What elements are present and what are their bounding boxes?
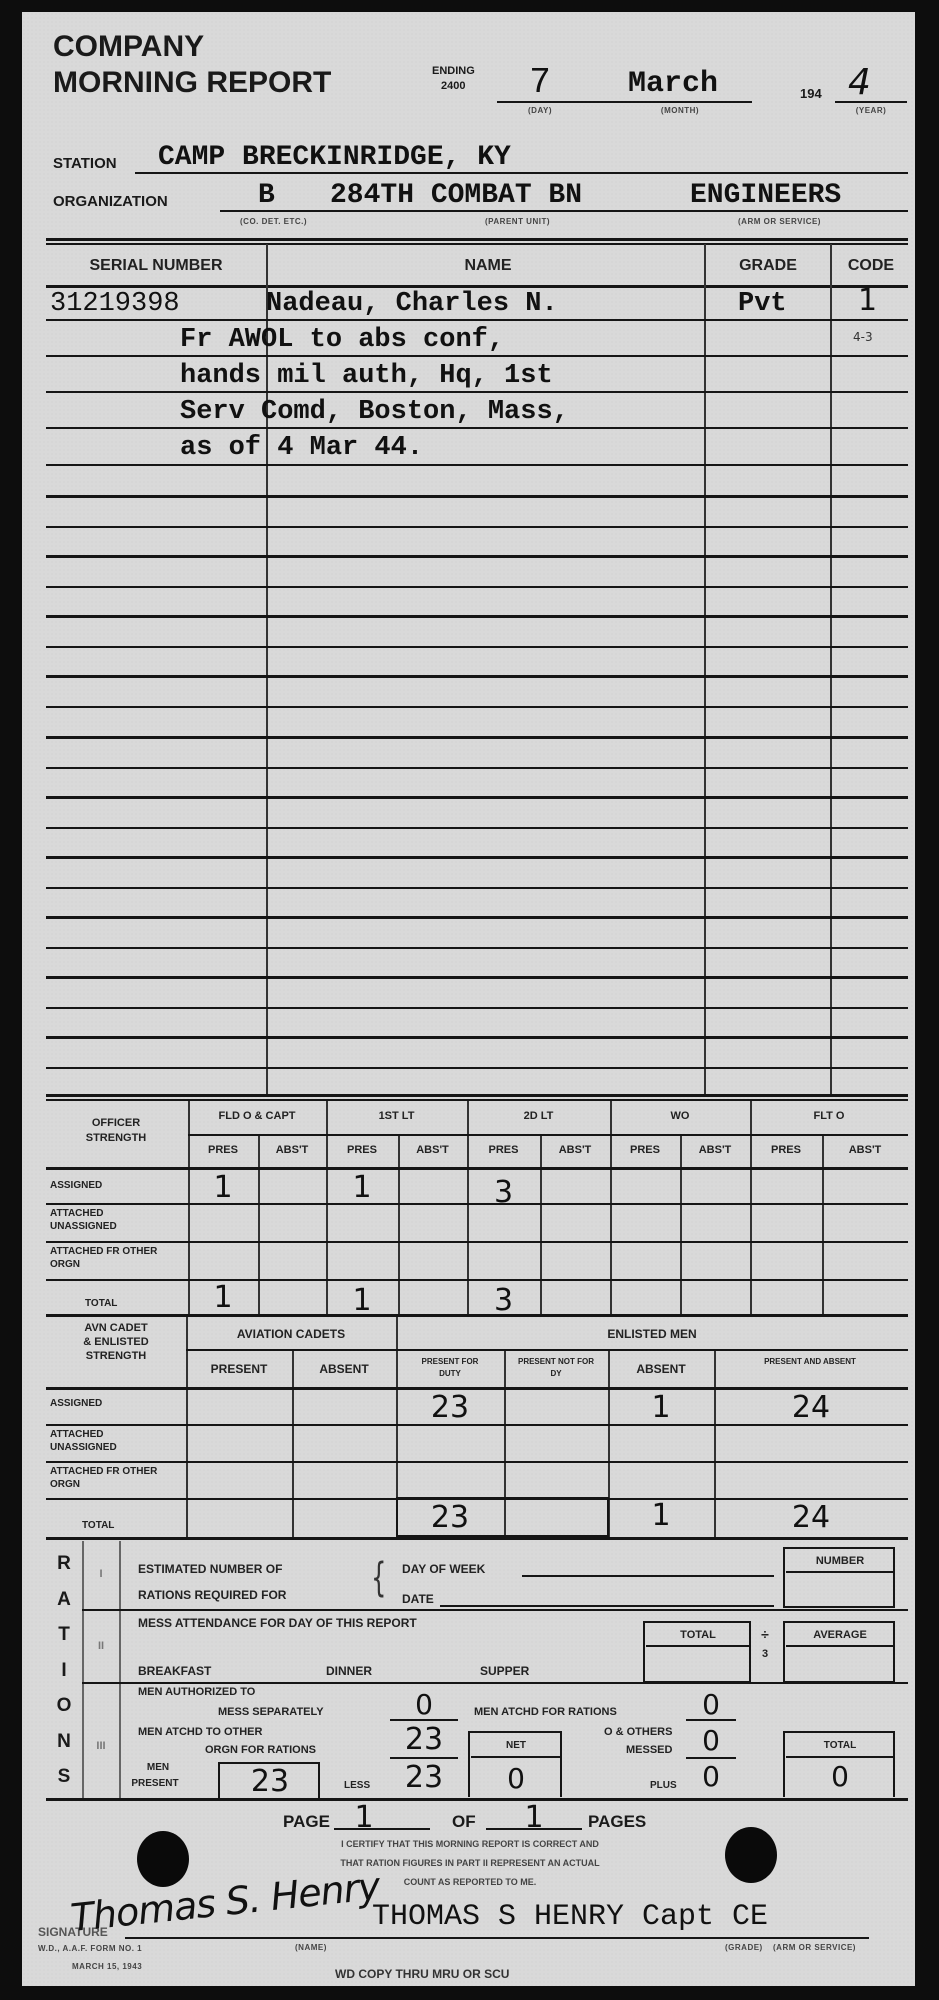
box-divider [786, 1756, 894, 1758]
row-line [46, 1241, 908, 1243]
signer-typed-name: THOMAS S HENRY Capt CE [372, 1900, 768, 1934]
row-line [46, 555, 908, 558]
header-serial-number: SERIAL NUMBER [46, 257, 266, 275]
row-line [46, 526, 908, 528]
org-caption-company: (CO. DET. ETC.) [240, 217, 307, 226]
part-iii-numeral: III [83, 1740, 119, 1752]
remark-line-4: as of 4 Mar 44. [180, 433, 423, 463]
row-line [46, 736, 908, 739]
col-divider [540, 1136, 542, 1316]
officer-strength-title-1: OFFICER [46, 1117, 186, 1129]
certify-line-1: I CERTIFY THAT THIS MORNING REPORT IS CO… [200, 1839, 740, 1849]
men-present-value: 23 [218, 1764, 322, 1799]
roster-bottom-border-inner [46, 1099, 908, 1101]
page-number: 1 [334, 1800, 394, 1835]
rations-bottom-border [46, 1798, 908, 1801]
header-code: CODE [834, 257, 908, 275]
col-divider-name [704, 244, 706, 1094]
row-line [46, 1279, 908, 1281]
header-cadet-absent: ABSENT [292, 1362, 396, 1376]
year-underline [835, 101, 907, 103]
total-2dlt-pres: 3 [467, 1283, 540, 1318]
sub-header-abst: ABS'T [680, 1144, 750, 1156]
form-number: W.D., A.A.F. FORM NO. 1 [38, 1944, 142, 1953]
sub-header-pres: PRES [467, 1144, 540, 1156]
col-divider [680, 1136, 682, 1316]
box-divider [786, 1645, 894, 1647]
row-line [46, 586, 908, 588]
org-arm: ENGINEERS [690, 180, 841, 211]
year-caption: (YEAR) [835, 106, 907, 115]
code-note: 4-3 [853, 330, 873, 344]
less-value: 23 [390, 1760, 458, 1795]
remark-line-2: hands mil auth, Hq, 1st [180, 361, 553, 391]
row-label-total: TOTAL [82, 1520, 114, 1531]
row-label-assigned: ASSIGNED [50, 1398, 102, 1409]
page-label: PAGE [283, 1812, 330, 1832]
year-value: 4 [848, 62, 871, 103]
side-letter: S [46, 1759, 82, 1795]
o-others-label-2: MESSED [626, 1744, 672, 1756]
soldier-name: Nadeau, Charles N. [266, 289, 558, 319]
row-line [46, 319, 908, 321]
org-company: B [258, 180, 275, 211]
divisor-value: 3 [752, 1648, 778, 1660]
side-letter: I [46, 1653, 82, 1689]
auth-separately-label-2: MESS SEPARATELY [218, 1706, 324, 1718]
box-divider [646, 1645, 750, 1647]
row-label-attached-other: ATTACHED FR OTHER ORGN [50, 1465, 160, 1491]
of-label: OF [452, 1812, 476, 1832]
group-aviation-cadets: AVIATION CADETS [186, 1327, 396, 1341]
month-caption: (MONTH) [620, 106, 740, 115]
men-present-label-1: MEN [128, 1762, 188, 1773]
group-2d-lt: 2D LT [467, 1110, 610, 1122]
side-letter: R [46, 1546, 82, 1582]
form-title-line1: COMPANY [53, 30, 204, 64]
row-line [46, 1036, 908, 1039]
row-line [46, 1007, 908, 1009]
side-letter: O [46, 1688, 82, 1724]
row-line [46, 947, 908, 949]
form-date: MARCH 15, 1943 [72, 1962, 142, 1971]
roster-top-border-inner [46, 243, 908, 245]
less-label: LESS [344, 1780, 370, 1791]
estimated-rations-label-2: RATIONS REQUIRED FOR [138, 1588, 286, 1602]
ending-label: ENDING [432, 65, 475, 77]
o-others-value: 0 [686, 1724, 736, 1757]
organization-underline [220, 210, 908, 212]
atchd-for-rations-label: MEN ATCHD FOR RATIONS [474, 1706, 617, 1718]
sub-header-pres: PRES [750, 1144, 822, 1156]
col-divider [119, 1541, 121, 1799]
row-label-attached-unassigned: ATTACHED UNASSIGNED [50, 1207, 170, 1233]
row-line [46, 464, 908, 466]
grade-caption: (GRADE) [725, 1943, 763, 1952]
organization-label: ORGANIZATION [53, 193, 168, 210]
certify-line-2: THAT RATION FIGURES IN PART II REPRESENT… [200, 1858, 740, 1868]
col-divider [398, 1136, 400, 1316]
code-value: 1 [858, 283, 877, 318]
row-line [46, 355, 908, 357]
date-label: DATE [402, 1592, 434, 1606]
signature-underline [125, 1937, 869, 1939]
total-present-for-duty: 23 [396, 1500, 504, 1535]
dinner-label: DINNER [326, 1664, 372, 1678]
station-label: STATION [53, 155, 117, 172]
row-line [46, 976, 908, 979]
pages-label: PAGES [588, 1812, 646, 1832]
group-fld-o-capt: FLD O & CAPT [188, 1110, 326, 1122]
group-1st-lt: 1ST LT [326, 1110, 467, 1122]
row-line [46, 1067, 908, 1069]
header-cadet-present: PRESENT [186, 1362, 292, 1376]
field-underline [390, 1757, 458, 1759]
assigned-1stlt-pres: 1 [326, 1170, 398, 1205]
row-line [46, 1167, 908, 1170]
rations-total-value: 0 [786, 1760, 894, 1793]
enlisted-title-2: & ENLISTED [46, 1336, 186, 1348]
punch-hole-left [137, 1831, 189, 1887]
row-line [46, 646, 908, 648]
grade-value: Pvt [738, 289, 787, 319]
group-enlisted-men: ENLISTED MEN [396, 1327, 908, 1341]
sub-header-pres: PRES [610, 1144, 680, 1156]
sub-header-abst: ABS'T [258, 1144, 326, 1156]
o-others-label-1: O & OTHERS [604, 1726, 672, 1738]
row-line [46, 675, 908, 678]
header-present-for-duty: PRESENT FOR DUTY [410, 1356, 490, 1380]
group-wo: WO [610, 1110, 750, 1122]
day-caption: (DAY) [510, 106, 570, 115]
date-field[interactable] [440, 1605, 774, 1607]
header-grade: GRADE [708, 257, 828, 275]
org-caption-arm: (ARM OR SERVICE) [738, 217, 821, 226]
row-line [46, 1461, 908, 1463]
row-line [46, 856, 908, 859]
roster-bottom-border [46, 1094, 908, 1097]
plus-value: 0 [686, 1760, 736, 1793]
row-line [46, 495, 908, 498]
row-label-attached-other: ATTACHED FR OTHER ORGN [50, 1245, 170, 1271]
part-ii-numeral: II [83, 1640, 119, 1652]
sub-header-abst: ABS'T [822, 1144, 908, 1156]
box-divider [471, 1756, 561, 1758]
ending-time: 2400 [441, 80, 465, 92]
station-underline [135, 172, 908, 174]
plus-label: PLUS [650, 1780, 677, 1791]
atchd-for-rations-value: 0 [686, 1688, 736, 1721]
row-line [46, 916, 908, 919]
atchd-other-label-1: MEN ATCHD TO OTHER [138, 1726, 262, 1738]
group-flt-o: FLT O [750, 1110, 908, 1122]
total-present-and-absent: 24 [714, 1500, 908, 1535]
col-divider-grade [830, 244, 832, 1094]
enlisted-title-1: AVN CADET [46, 1322, 186, 1334]
mess-attendance-label: MESS ATTENDANCE FOR DAY OF THIS REPORT [138, 1616, 417, 1630]
box-divider [786, 1571, 894, 1573]
sub-header-abst: ABS'T [540, 1144, 610, 1156]
estimated-rations-label-1: ESTIMATED NUMBER OF [138, 1562, 282, 1576]
average-label: AVERAGE [786, 1629, 894, 1641]
atchd-other-label-2: ORGN FOR RATIONS [205, 1744, 316, 1756]
col-divider [822, 1136, 824, 1316]
routing-note: WD COPY THRU MRU OR SCU [335, 1967, 509, 1981]
divide-icon: ÷ [752, 1626, 778, 1642]
officer-strength-title-2: STRENGTH [46, 1132, 186, 1144]
rations-total-label: TOTAL [786, 1740, 894, 1751]
mess-total-label: TOTAL [646, 1629, 750, 1641]
header-present-and-absent: PRESENT AND ABSENT [760, 1356, 860, 1368]
number-label: NUMBER [786, 1555, 894, 1567]
day-of-week-field[interactable] [522, 1575, 774, 1577]
part-i-numeral: I [83, 1568, 119, 1580]
header-em-absent: ABSENT [608, 1362, 714, 1376]
enlisted-title-3: STRENGTH [46, 1350, 186, 1362]
org-parent-unit: 284TH COMBAT BN [330, 180, 582, 211]
side-letter: A [46, 1582, 82, 1618]
row-line [46, 706, 908, 708]
arm-caption: (ARM OR SERVICE) [773, 1943, 856, 1952]
row-line [46, 887, 908, 889]
net-value: 0 [471, 1762, 561, 1795]
brace-icon: { [371, 1556, 386, 1600]
auth-separately-value: 0 [390, 1688, 458, 1721]
name-caption: (NAME) [295, 1943, 327, 1952]
row-line [186, 1349, 908, 1351]
net-label: NET [471, 1740, 561, 1751]
row-line [46, 615, 908, 618]
total-pages: 1 [504, 1800, 564, 1835]
day-value: 7 [510, 62, 570, 103]
men-present-label-2: PRESENT [120, 1778, 190, 1789]
side-letter: N [46, 1724, 82, 1760]
roster-header-divider [46, 285, 908, 288]
roster-top-border [46, 238, 908, 241]
sub-header-abst: ABS'T [398, 1144, 467, 1156]
row-label-attached-unassigned: ATTACHED UNASSIGNED [50, 1428, 160, 1454]
assigned-present-and-absent: 24 [714, 1390, 908, 1425]
assigned-em-absent: 1 [608, 1390, 714, 1425]
assigned-present-for-duty: 23 [396, 1390, 504, 1425]
row-line [46, 796, 908, 799]
row-label-assigned: ASSIGNED [50, 1180, 102, 1191]
total-fldo-pres: 1 [188, 1280, 258, 1315]
total-em-absent: 1 [608, 1498, 714, 1533]
serial-number: 31219398 [50, 289, 180, 319]
breakfast-label: BREAKFAST [138, 1664, 211, 1678]
field-underline [686, 1757, 736, 1759]
day-of-week-label: DAY OF WEEK [402, 1562, 485, 1576]
total-1stlt-pres: 1 [326, 1283, 398, 1318]
header-present-not-for-duty: PRESENT NOT FOR DY [512, 1356, 600, 1380]
supper-label: SUPPER [480, 1664, 529, 1678]
part-divider [82, 1609, 908, 1611]
auth-separately-label-1: MEN AUTHORIZED TO [138, 1686, 255, 1698]
org-caption-parent: (PARENT UNIT) [485, 217, 550, 226]
month-value: March [628, 67, 718, 101]
atchd-other-value: 23 [390, 1722, 458, 1757]
assigned-2dlt-pres: 3 [467, 1175, 540, 1210]
assigned-fldo-pres: 1 [188, 1170, 258, 1205]
row-line [46, 767, 908, 769]
row-line [46, 391, 908, 393]
col-divider [292, 1350, 294, 1539]
remark-line-3: Serv Comd, Boston, Mass, [180, 397, 569, 427]
row-line [188, 1134, 908, 1136]
header-name: NAME [268, 257, 708, 275]
side-letter: T [46, 1617, 82, 1653]
remark-line-1: Fr AWOL to abs conf, [180, 325, 504, 355]
row-label-total: TOTAL [85, 1298, 117, 1309]
sub-header-pres: PRES [326, 1144, 398, 1156]
col-divider [258, 1136, 260, 1316]
sub-header-pres: PRES [188, 1144, 258, 1156]
rations-side-label: R A T I O N S [46, 1546, 82, 1795]
enlisted-bottom-border [46, 1537, 908, 1540]
row-line [46, 827, 908, 829]
year-prefix: 194 [800, 86, 822, 101]
row-line [46, 427, 908, 429]
station-value: CAMP BRECKINRIDGE, KY [158, 142, 511, 173]
form-title-line2: MORNING REPORT [53, 66, 331, 100]
punch-hole-right [725, 1827, 777, 1883]
